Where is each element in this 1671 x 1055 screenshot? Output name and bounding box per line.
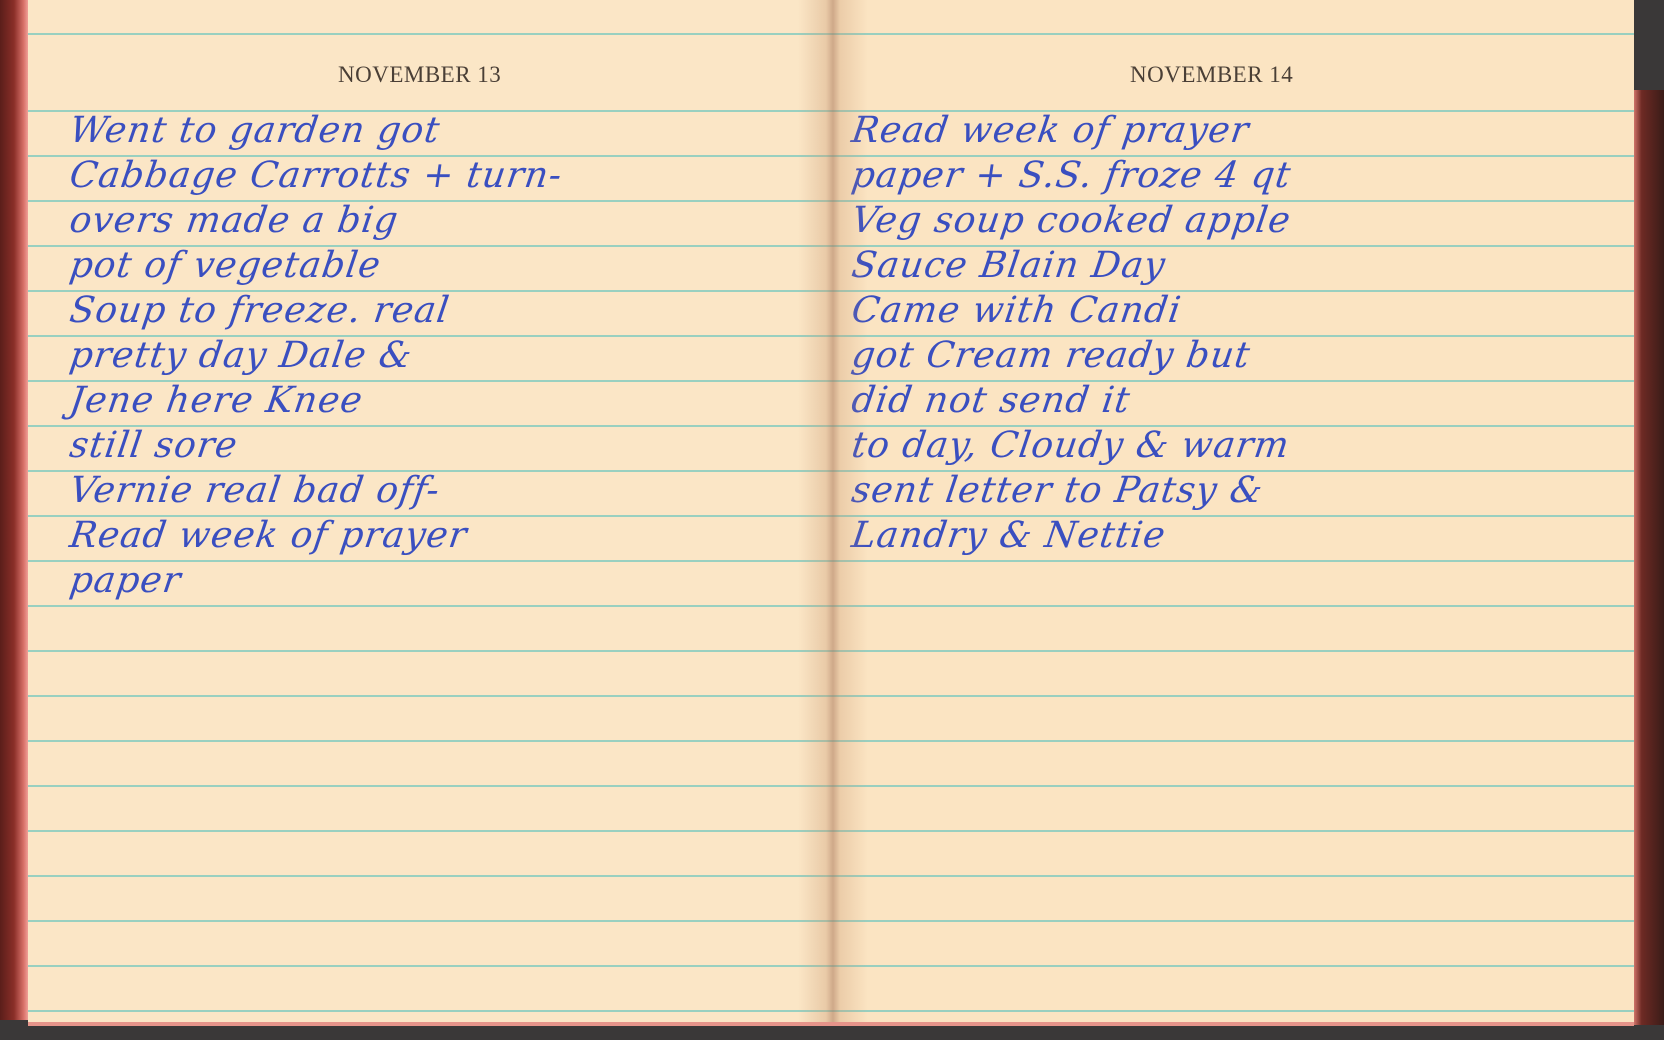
entry-line: Jene here Knee [67, 378, 793, 423]
right-page: NOVEMBER 14 Read week of prayer paper + … [830, 0, 1634, 1022]
book-cover-right-edge [1632, 90, 1664, 1025]
entry-line: paper + S.S. froze 4 qt [849, 153, 1615, 198]
entry-line: pot of vegetable [67, 243, 793, 288]
book-cover-left-edge [0, 0, 28, 1020]
entry-line: paper [67, 558, 793, 603]
entry-line: did not send it [849, 378, 1615, 423]
entry-line: got Cream ready but [849, 333, 1615, 378]
left-page-date-header: NOVEMBER 13 [338, 62, 501, 88]
entry-line: Veg soup cooked apple [849, 198, 1615, 243]
open-diary: NOVEMBER 13 Went to garden got Cabbage C… [28, 0, 1634, 1026]
entry-line: Sauce Blain Day [849, 243, 1615, 288]
right-page-date-header: NOVEMBER 14 [1130, 62, 1293, 88]
left-page-handwritten-entry: Went to garden got Cabbage Carrotts + tu… [70, 108, 790, 603]
entry-line: Soup to freeze. real [67, 288, 793, 333]
diary-photo: NOVEMBER 13 Went to garden got Cabbage C… [0, 0, 1664, 1040]
right-page-handwritten-entry: Read week of prayer paper + S.S. froze 4… [852, 108, 1612, 558]
left-page: NOVEMBER 13 Went to garden got Cabbage C… [28, 0, 830, 1022]
entry-line: Went to garden got [67, 108, 793, 153]
entry-line: overs made a big [67, 198, 793, 243]
entry-line: pretty day Dale & [67, 333, 793, 378]
entry-line: Read week of prayer [67, 513, 793, 558]
entry-line: sent letter to Patsy & [849, 468, 1615, 513]
entry-line: Came with Candi [849, 288, 1615, 333]
entry-line: Cabbage Carrotts + turn- [67, 153, 793, 198]
entry-line: to day, Cloudy & warm [849, 423, 1615, 468]
entry-line: still sore [67, 423, 793, 468]
entry-line: Vernie real bad off- [67, 468, 793, 513]
entry-line: Read week of prayer [849, 108, 1615, 153]
entry-line: Landry & Nettie [849, 513, 1615, 558]
